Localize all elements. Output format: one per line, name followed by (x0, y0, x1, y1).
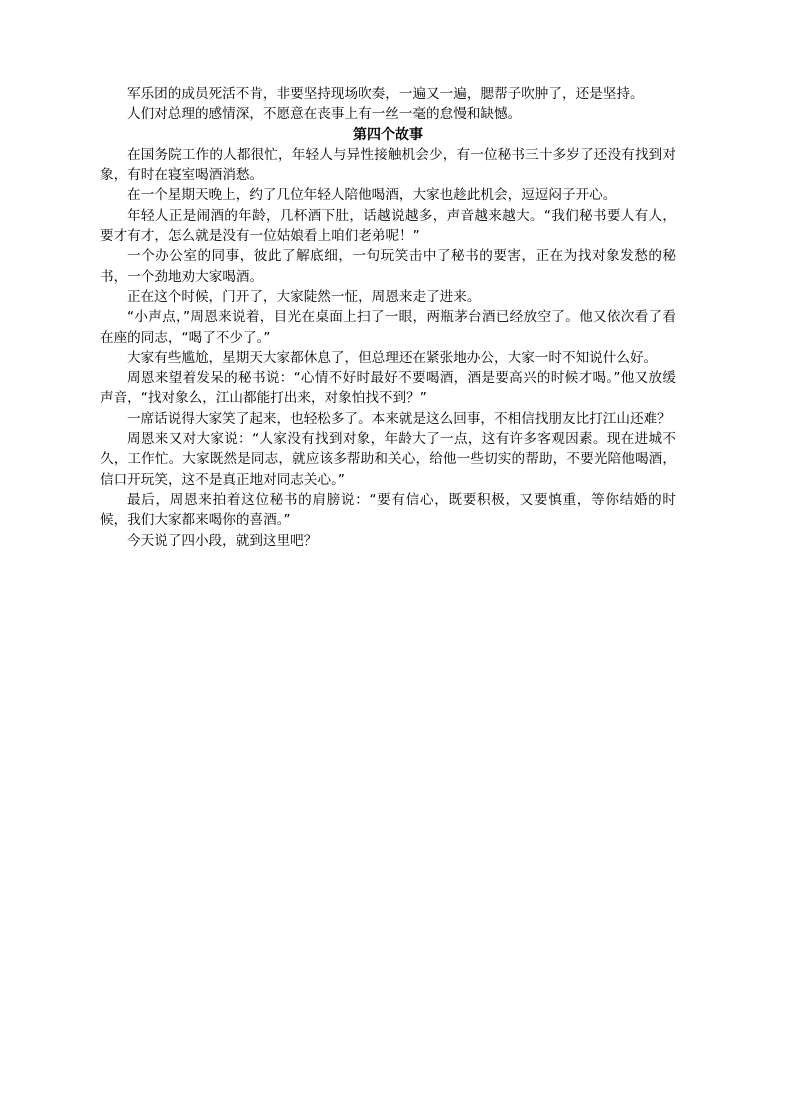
paragraph: “小声点，”周恩来说着，目光在桌面上扫了一眼，两瓶茅台酒已经放空了。他又依次看了… (100, 307, 676, 348)
paragraph: 在一个星期天晚上，约了几位年轻人陪他喝酒，大家也趁此机会，逗逗闷子开心。 (100, 185, 676, 205)
paragraph: 在国务院工作的人都很忙，年轻人与异性接触机会少，有一位秘书三十多岁了还没有找到对… (100, 145, 676, 186)
paragraph: 正在这个时候，门开了，大家陡然一怔，周恩来走了进来。 (100, 287, 676, 307)
paragraph: 一席话说得大家笑了起来，也轻松多了。本来就是这么回事，不相信找朋友比打江山还难？ (100, 409, 676, 429)
section-title: 第四个故事 (100, 125, 676, 145)
paragraph: 大家有些尴尬，星期天大家都休息了，但总理还在紧张地办公，大家一时不知说什么好。 (100, 348, 676, 368)
paragraph: 周恩来又对大家说：“人家没有找到对象，年龄大了一点，这有许多客观因素。现在进城不… (100, 429, 676, 490)
paragraph: 最后，周恩来拍着这位秘书的肩膀说：“要有信心，既要积极，又要慎重，等你结婚的时候… (100, 490, 676, 531)
paragraph-closing: 今天说了四小段，就到这里吧？ (100, 531, 676, 551)
paragraph: 一个办公室的同事，彼此了解底细，一句玩笑击中了秘书的要害，正在为找对象发愁的秘书… (100, 246, 676, 287)
paragraph: 周恩来望着发呆的秘书说：“心情不好时最好不要喝酒，酒是要高兴的时候才喝。”他又放… (100, 368, 676, 409)
paragraph-military-band: 军乐团的成员死活不肯，非要坚持现场吹奏，一遍又一遍，腮帮子吹肿了，还是坚持。 (100, 84, 676, 104)
document-page: 军乐团的成员死活不肯，非要坚持现场吹奏，一遍又一遍，腮帮子吹肿了，还是坚持。 人… (100, 84, 676, 551)
paragraph: 年轻人正是闹酒的年龄，几杯酒下肚，话越说越多，声音越来越大。“我们秘书要人有人，… (100, 206, 676, 247)
paragraph-people-feelings: 人们对总理的感情深，不愿意在丧事上有一丝一毫的怠慢和缺憾。 (100, 104, 676, 124)
